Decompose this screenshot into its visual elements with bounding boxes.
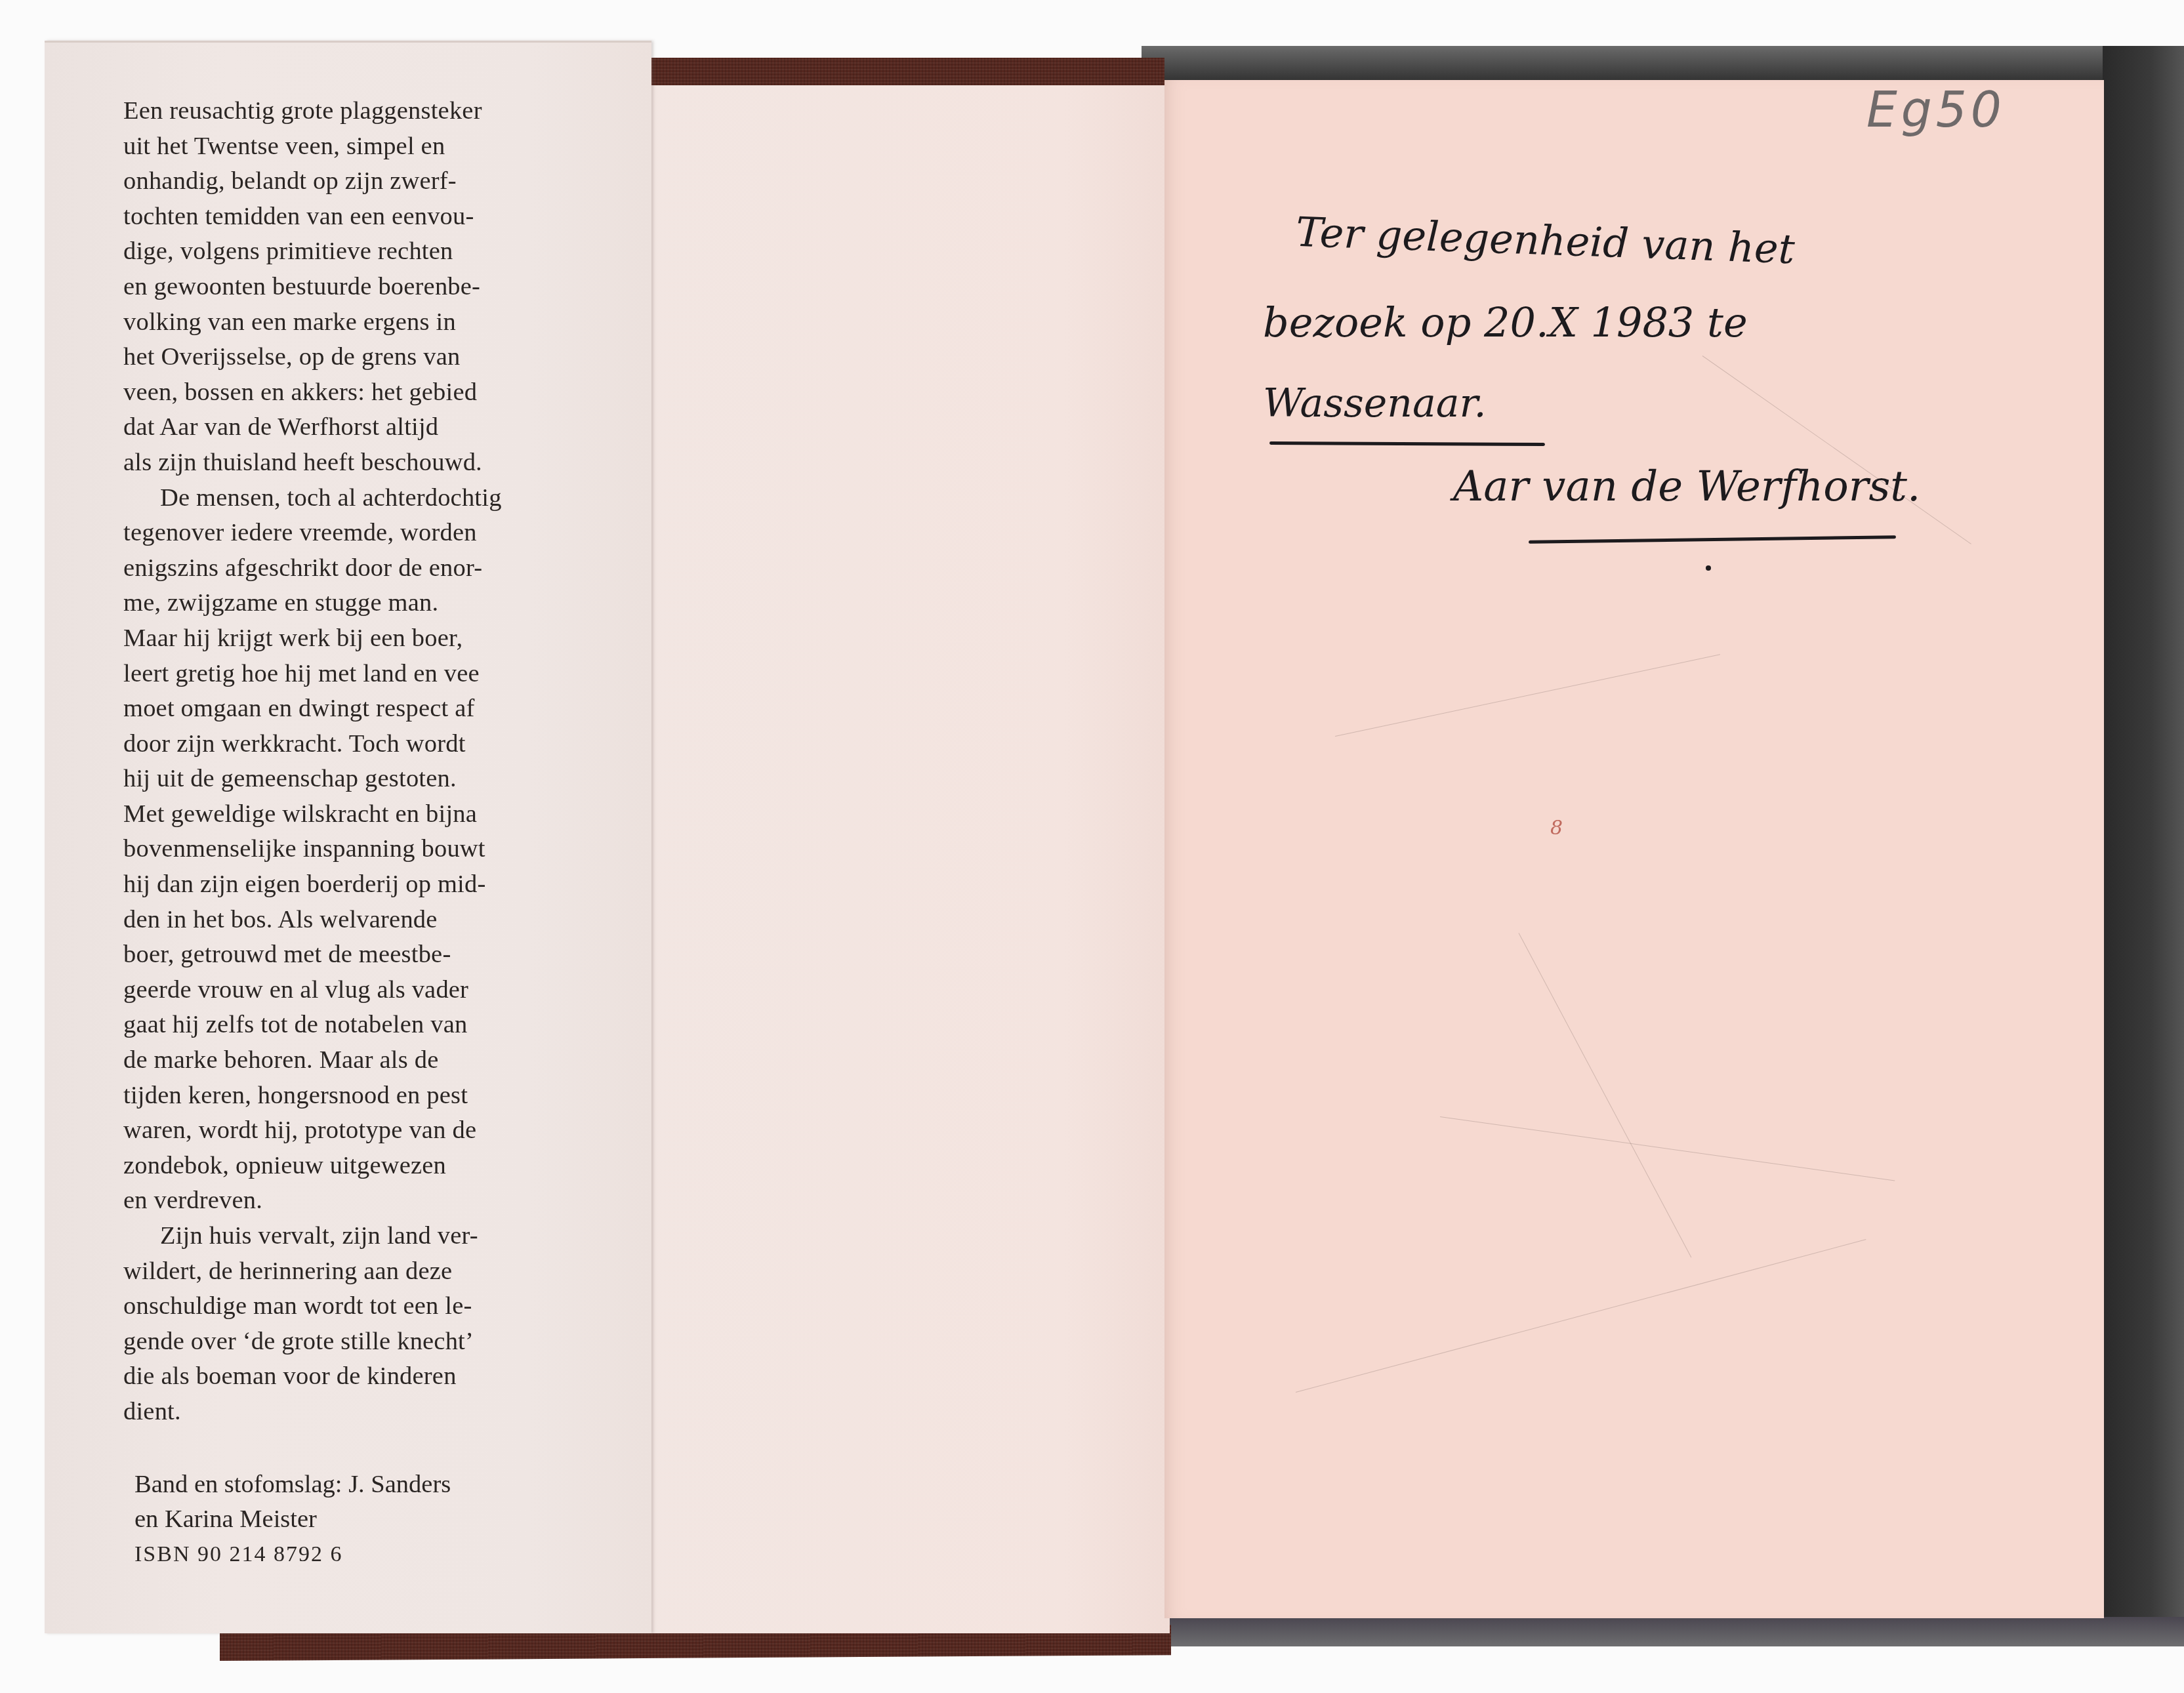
design-credit-line-1: Band en stofomslag: J. Sanders <box>134 1467 646 1502</box>
pencil-price-note: Eg50 <box>1866 82 2006 138</box>
blurb-line: volking van een marke ergens in <box>123 305 635 340</box>
blurb-line: me, zwijgzame en stugge man. <box>123 586 635 621</box>
blurb-line: enigszins afgeschrikt door de enor- <box>123 551 635 586</box>
blurb-line: hij uit de gemeenschap gestoten. <box>123 762 635 797</box>
blurb-line: geerde vrouw en al vlug als vader <box>123 973 635 1008</box>
scratch-mark <box>1702 356 1971 544</box>
blurb-line: door zijn werkkracht. Toch wordt <box>123 727 635 762</box>
design-credit-line-2: en Karina Meister <box>134 1502 646 1537</box>
inner-board-endpaper <box>640 85 1170 1633</box>
blurb-line: moet omgaan en dwingt respect af <box>123 691 635 727</box>
blurb-line: boer, getrouwd met de meestbe- <box>123 937 635 973</box>
blurb-line: tochten temidden van een eenvou- <box>123 199 635 235</box>
blurb-line: de marke behoren. Maar als de <box>123 1043 635 1078</box>
jacket-blurb: Een reusachtig grote plaggenstekeruit he… <box>123 94 635 1430</box>
blurb-line: bovenmenselijke inspanning bouwt <box>123 832 635 867</box>
blurb-line: leert gretig hoe hij met land en vee <box>123 657 635 692</box>
blurb-line: en gewoonten bestuurde boerenbe- <box>123 270 635 305</box>
scratch-mark <box>1519 933 1692 1257</box>
blurb-line: dient. <box>123 1395 635 1430</box>
dust-jacket-flap: Een reusachtig grote plaggenstekeruit he… <box>45 41 651 1633</box>
blurb-line: Zijn huis vervalt, zijn land ver- <box>123 1219 635 1254</box>
blurb-line: waren, wordt hij, prototype van de <box>123 1113 635 1149</box>
author-signature: Aar van de Werfhorst. <box>1453 462 1920 511</box>
blurb-line: als zijn thuisland heeft beschouwd. <box>123 445 635 481</box>
scratch-mark <box>1335 654 1720 737</box>
blurb-line: den in het bos. Als welvarende <box>123 903 635 938</box>
scratch-mark <box>1296 1239 1866 1393</box>
scratch-mark <box>1440 1116 1895 1181</box>
blurb-line: Met geweldige wilskracht en bijna <box>123 797 635 832</box>
scanner-shadow-top <box>1142 46 2184 85</box>
red-ink-mark: 8 <box>1550 817 1563 840</box>
blurb-line: zondebok, opnieuw uitgewezen <box>123 1149 635 1184</box>
signature-dot <box>1706 565 1711 571</box>
blurb-line: onschuldige man wordt tot een le- <box>123 1289 635 1324</box>
blurb-line: en verdreven. <box>123 1183 635 1219</box>
blurb-line: tegenover iedere vreemde, worden <box>123 516 635 551</box>
inscription-line-3: Wassenaar. <box>1263 380 1487 426</box>
scanner-shadow-right <box>2103 46 2184 1646</box>
blurb-line: De mensen, toch al achterdochtig <box>123 481 635 516</box>
blurb-line: gaat hij zelfs tot de notabelen van <box>123 1008 635 1043</box>
jacket-credits: Band en stofomslag: J. Sanders en Karina… <box>134 1467 646 1572</box>
blurb-line: dige, volgens primitieve rechten <box>123 234 635 270</box>
blurb-line: het Overijsselse, op de grens van <box>123 340 635 375</box>
blurb-line: die als boeman voor de kinderen <box>123 1359 635 1395</box>
blurb-line: wildert, de herinnering aan deze <box>123 1254 635 1290</box>
blurb-line: hij dan zijn eigen boerderij op mid- <box>123 867 635 903</box>
blurb-line: gende over ‘de grote stille knecht’ <box>123 1324 635 1360</box>
blurb-line: veen, bossen en akkers: het gebied <box>123 375 635 411</box>
blurb-line: dat Aar van de Werfhorst altijd <box>123 410 635 445</box>
blurb-line: uit het Twentse veen, simpel en <box>123 129 635 165</box>
blurb-line: Maar hij krijgt werk bij een boer, <box>123 621 635 657</box>
blurb-line: tijden keren, hongersnood en pest <box>123 1078 635 1114</box>
cloth-binding-top <box>640 58 1164 87</box>
blurb-line: Een reusachtig grote plaggensteker <box>123 94 635 129</box>
blurb-line: onhandig, belandt op zijn zwerf- <box>123 164 635 199</box>
isbn: ISBN 90 214 8792 6 <box>134 1537 646 1572</box>
inscription-line-2: bezoek op 20.X 1983 te <box>1263 298 1748 346</box>
scanner-shadow-bottom <box>1155 1617 2184 1646</box>
